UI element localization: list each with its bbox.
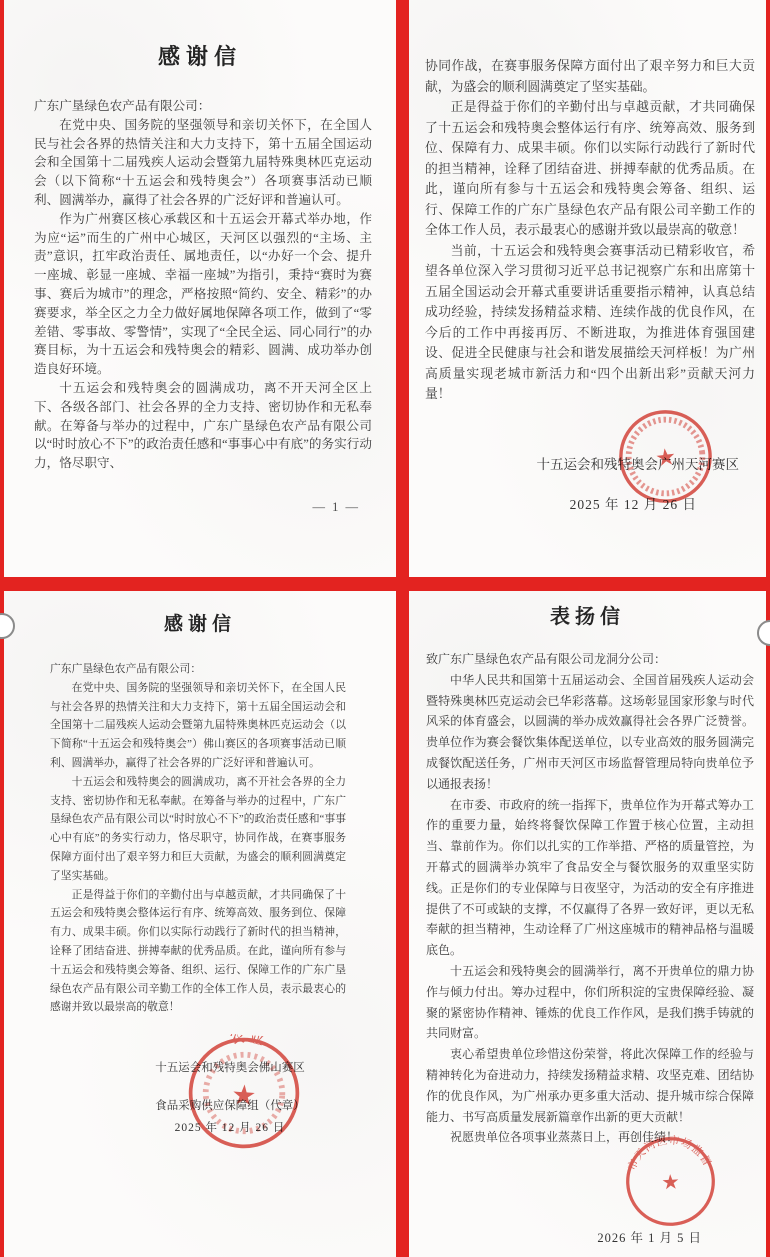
date-line: 2026 年 1 月 5 日	[426, 1228, 754, 1249]
red-divider-horizontal	[0, 577, 770, 591]
letters-collage: 感谢信 广东广垦绿色农产品有限公司： 在党中央、国务院的坚强领导和亲切关怀下，在…	[0, 0, 770, 1257]
paragraph: 在党中央、国务院的坚强领导和亲切关怀下，在全国人民与社会各界的热情关注和大力支持…	[50, 679, 346, 773]
paragraph: 祝愿贵单位各项事业蒸蒸日上，再创佳绩！	[426, 1127, 754, 1148]
letter-title: 表扬信	[409, 600, 766, 629]
paragraph: 中华人民共和国第十五届运动会、全国首届残疾人运动会暨特殊奥林匹克运动会已华彩落幕…	[426, 670, 754, 795]
letter-body: 广东广垦绿色农产品有限公司： 在党中央、国务院的坚强领导和亲切关怀下，在全国人民…	[4, 97, 396, 473]
paragraph: 作为广州赛区核心承载区和十五运会开幕式举办地，作为应“运”而生的广州中心城区，天…	[34, 210, 372, 379]
paragraph: 当前，十五运会和残特奥会赛事活动已精彩收官，希望各单位深入学习贯彻习近平总书记视…	[425, 241, 755, 405]
letter-page-thanks-foshan[interactable]: 感谢信 广东广垦绿色农产品有限公司： 在党中央、国务院的坚强领导和亲切关怀下，在…	[4, 591, 396, 1257]
signature: 十五运会和残特奥会广州天河赛区	[425, 455, 755, 476]
signature-block: 十五运会和残特奥会佛山赛区 食品采购供应保障组（代章） 2025 年 12 月 …	[50, 1059, 346, 1137]
paragraph: 协同作战，在赛事服务保障方面付出了艰辛努力和巨大贡献，为盛会的顺利圆满奠定了坚实…	[425, 56, 755, 97]
letter-page-thanks-tianhe-2[interactable]: 协同作战，在赛事服务保障方面付出了艰辛努力和巨大贡献，为盛会的顺利圆满奠定了坚实…	[409, 0, 766, 577]
salutation: 广东广垦绿色农产品有限公司：	[50, 660, 346, 679]
date-line: 2025 年 12 月 26 日	[114, 1119, 346, 1138]
paragraph: 正是得益于你们的辛勤付出与卓越贡献，才共同确保了十五运会和残特奥会整体运行有序、…	[425, 97, 755, 241]
paragraph: 在市委、市政府的统一指挥下，贵单位作为开幕式筹办工作的重要力量，始终将餐饮保障工…	[426, 795, 754, 961]
paragraph: 十五运会和残特奥会的圆满成功，离不开天河全区上下、各级各部门、社会各界的全力支持…	[34, 379, 372, 473]
letter-page-commendation[interactable]: 表扬信 致广东广垦绿色农产品有限公司龙洞分公司： 中华人民共和国第十五届运动会、…	[409, 591, 766, 1257]
salutation: 广东广垦绿色农产品有限公司：	[34, 97, 372, 116]
page-number: — 1 —	[313, 500, 361, 515]
date-line: 2025 年 12 月 26 日	[425, 495, 755, 516]
letter-body: 致广东广垦绿色农产品有限公司龙洞分公司： 中华人民共和国第十五届运动会、全国首届…	[409, 649, 766, 1249]
letter-body: 协同作战，在赛事服务保障方面付出了艰辛努力和巨大贡献，为盛会的顺利圆满奠定了坚实…	[409, 0, 766, 516]
salutation: 致广东广垦绿色农产品有限公司龙洞分公司：	[426, 649, 754, 670]
letter-page-thanks-tianhe-1[interactable]: 感谢信 广东广垦绿色农产品有限公司： 在党中央、国务院的坚强领导和亲切关怀下，在…	[4, 0, 396, 577]
paragraph: 在党中央、国务院的坚强领导和亲切关怀下，在全国人民与社会各界的热情关注和大力支持…	[34, 116, 372, 210]
paragraph: 十五运会和残特奥会的圆满成功，离不开社会各界的全力支持、密切协作和无私奉献。在筹…	[50, 773, 346, 886]
letter-title: 感谢信	[4, 609, 396, 636]
signature: 十五运会和残特奥会佛山赛区	[114, 1059, 346, 1078]
letter-body: 广东广垦绿色农产品有限公司： 在党中央、国务院的坚强领导和亲切关怀下，在全国人民…	[4, 660, 396, 1138]
paragraph: 衷心希望贵单位珍惜这份荣誉，将此次保障工作的经验与精神转化为奋进动力，持续发扬精…	[426, 1044, 754, 1127]
red-divider-vertical	[396, 0, 409, 1257]
signature: 食品采购供应保障组（代章）	[114, 1097, 346, 1116]
letter-title: 感谢信	[4, 40, 396, 71]
paragraph: 正是得益于你们的辛勤付出与卓越贡献，才共同确保了十五运会和残特奥会整体运行有序、…	[50, 886, 346, 1018]
paragraph: 十五运会和残特奥会的圆满举行，离不开贵单位的鼎力协作与倾力付出。筹办过程中，你们…	[426, 961, 754, 1044]
